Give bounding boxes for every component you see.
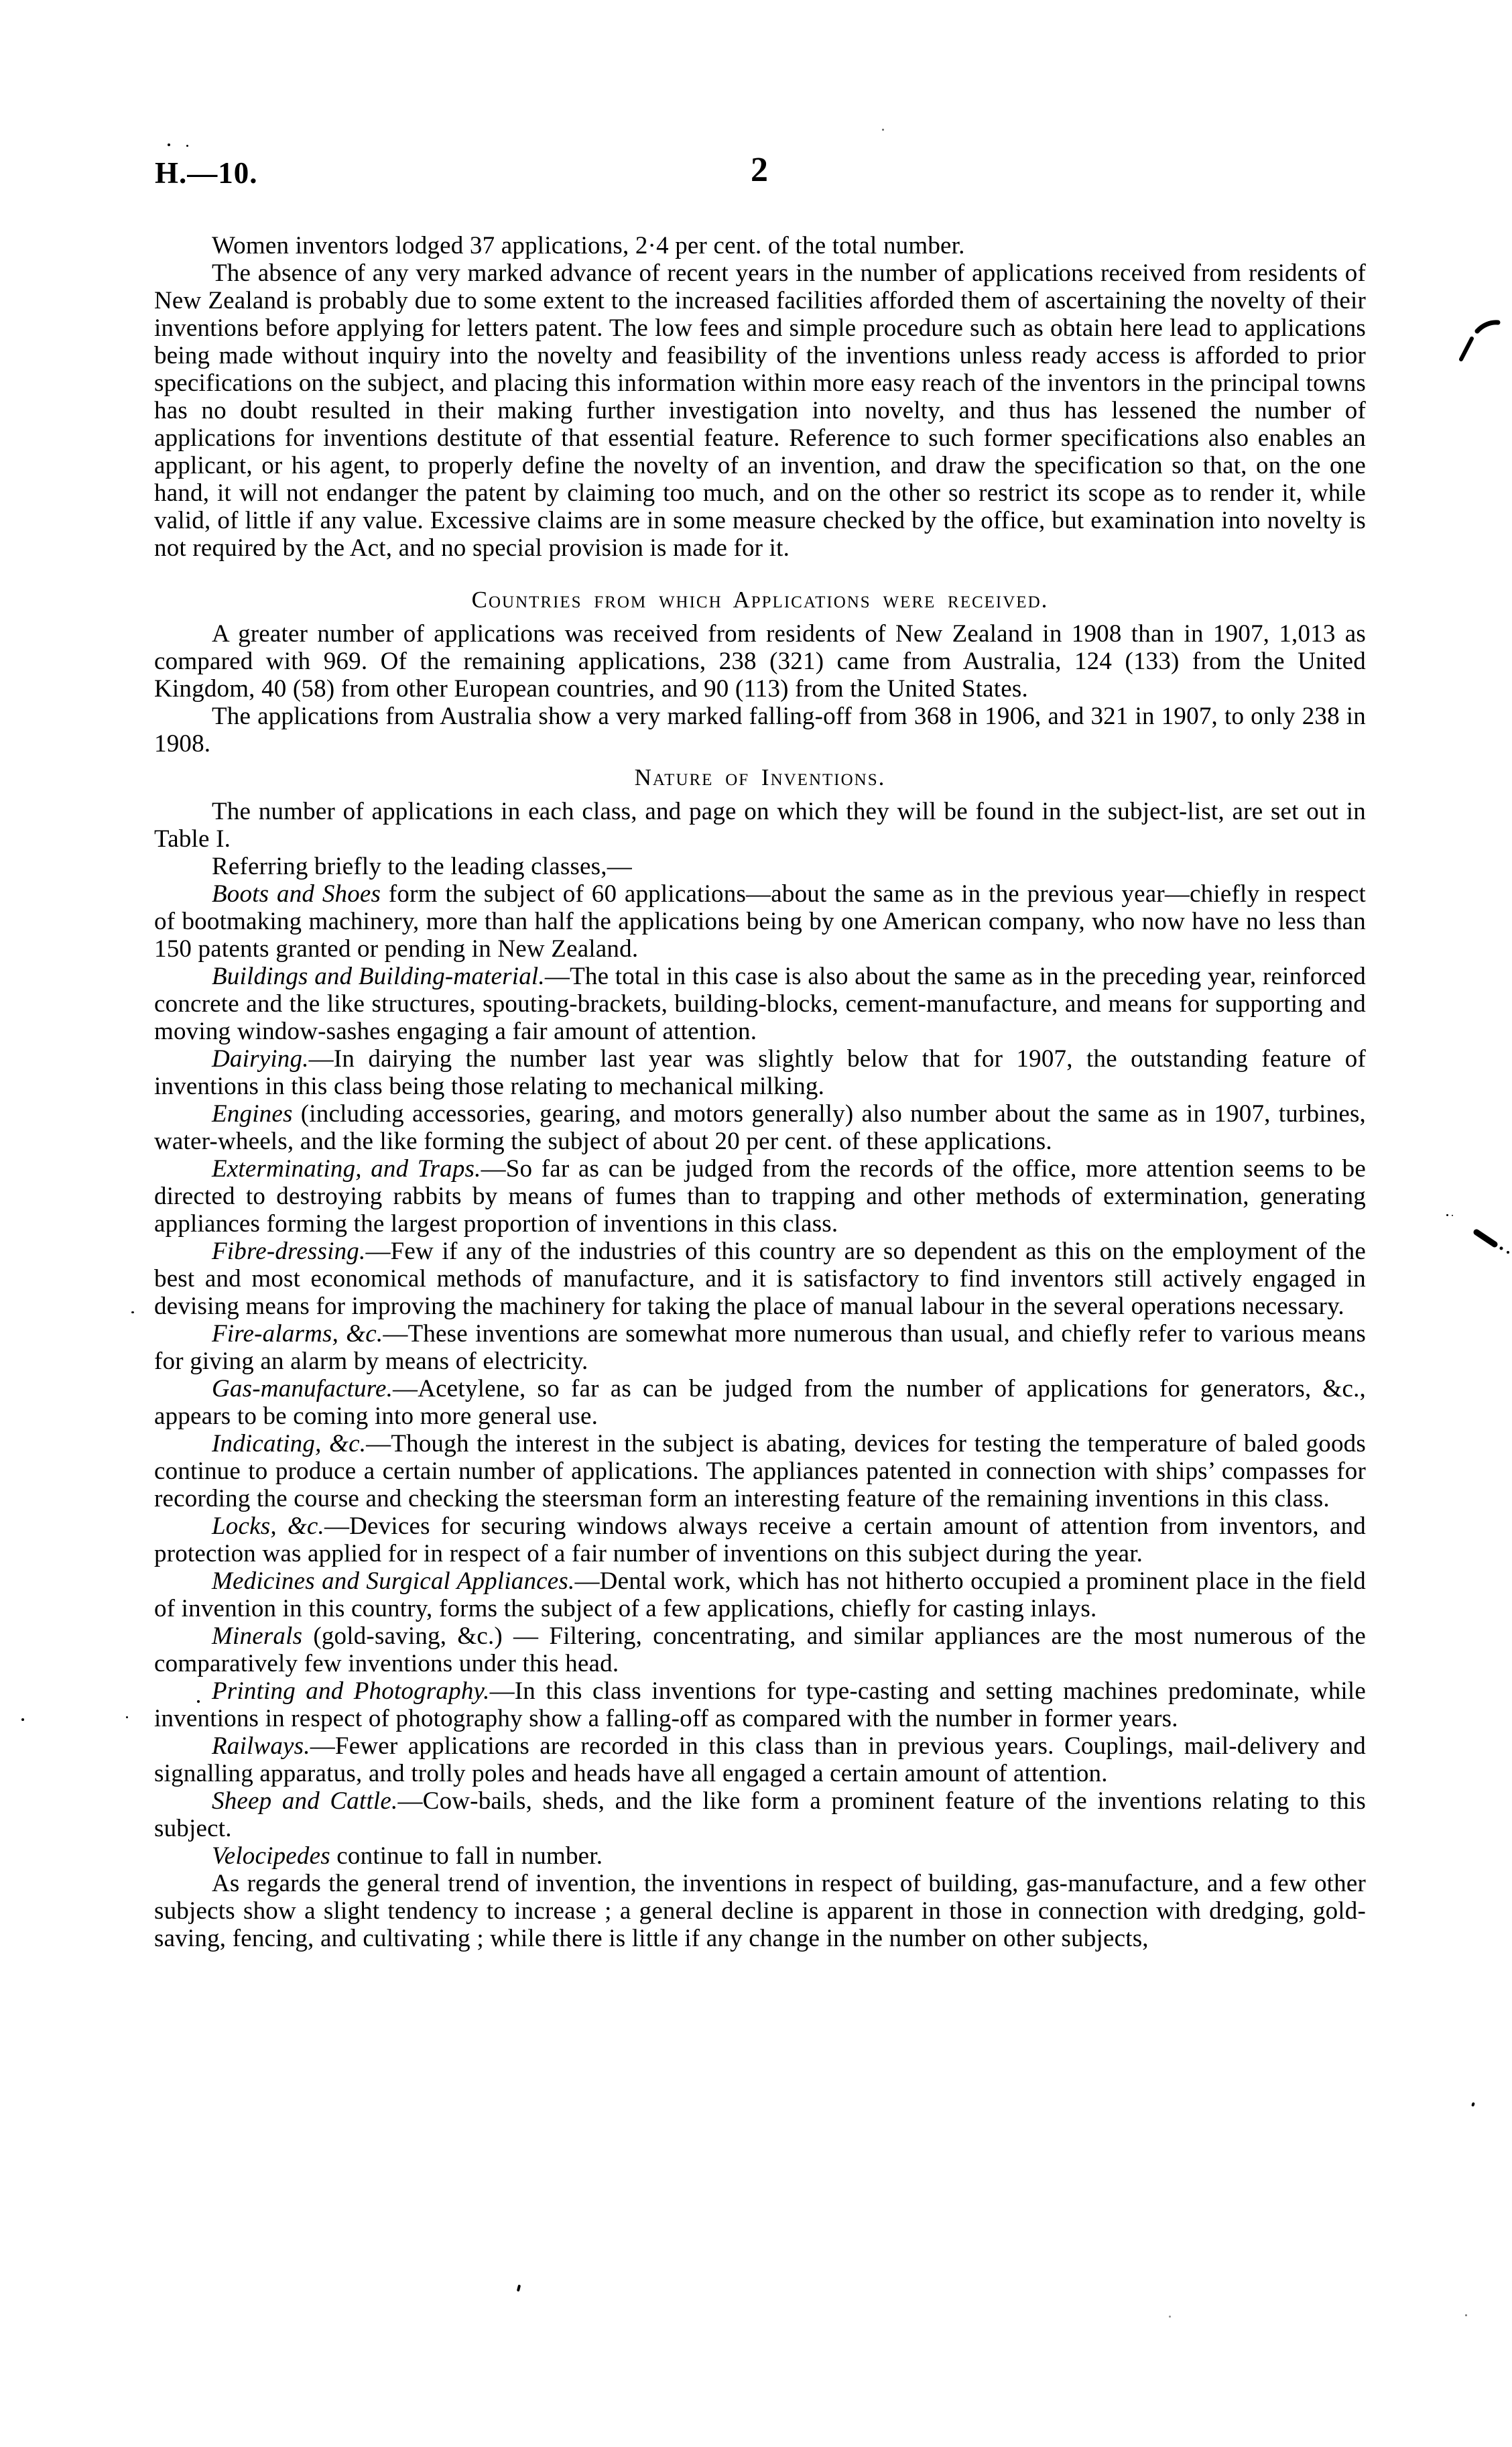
paragraph: Indicating, &c.—Though the interest in t… [154,1430,1366,1512]
paragraph: Dairying.—In dairying the number last ye… [154,1045,1366,1100]
scanned-document-page: H.—10. 2 Women inventors lodged 37 appli… [0,0,1512,2447]
pen-slash-mark [1456,316,1504,365]
paragraph: As regards the general trend of inventio… [154,1870,1366,1952]
class-name-lead: Buildings and Building-material. [212,963,545,990]
paragraph: Railways.—Fewer applications are recorde… [154,1732,1366,1787]
paragraph: Medicines and Surgical Appliances.—Denta… [154,1567,1366,1622]
page-number: 2 [154,150,1365,190]
ink-speck [1452,1215,1453,1216]
class-name-lead: Fibre-dressing. [212,1238,365,1265]
ink-speck [1471,2102,1475,2107]
paragraph: Engines (including accessories, gearing,… [154,1100,1366,1155]
class-name-lead: Minerals [212,1622,302,1650]
paragraph: Locks, &c.—Devices for securing windows … [154,1512,1366,1567]
class-name-lead: Locks, &c. [212,1512,324,1540]
class-name-lead: Gas-manufacture. [212,1375,393,1402]
ink-speck [1465,2314,1467,2316]
paragraph: Women inventors lodged 37 applications, … [154,232,1366,259]
class-name-lead: Railways. [212,1732,310,1760]
pen-backslash-mark [1472,1227,1512,1258]
paragraph: Minerals (gold-saving, &c.) — Filtering,… [154,1622,1366,1677]
ink-speck [126,1716,128,1718]
paragraph: Exterminating, and Traps.—So far as can … [154,1155,1366,1238]
document-body: Women inventors lodged 37 applications, … [154,232,1366,1952]
paragraph: The applications from Australia show a v… [154,703,1366,758]
ink-speck [197,1700,200,1703]
section-heading-countries: Countries from which Applications were r… [154,586,1366,613]
ink-speck [131,1311,134,1313]
paragraph-text: —Devices for securing windows always rec… [154,1512,1366,1567]
paragraph: Fibre-dressing.—Few if any of the indust… [154,1238,1366,1320]
paragraph: Sheep and Cattle.—Cow-bails, sheds, and … [154,1787,1366,1842]
paragraph-text: (including accessories, gearing, and mot… [154,1100,1366,1155]
class-name-lead: Velocipedes [212,1842,330,1870]
paragraph-text: —Fewer applications are recorded in this… [154,1732,1366,1787]
class-name-lead: Indicating, &c. [212,1430,366,1457]
ink-speck [168,143,170,146]
paragraph: The number of applications in each class… [154,798,1366,853]
paragraph: The absence of any very marked advance o… [154,259,1366,562]
class-name-lead: Exterminating, and Traps. [212,1155,481,1183]
paragraph-text: continue to fall in number. [330,1842,603,1870]
ink-speck [517,2285,521,2292]
class-name-lead: Boots and Shoes [212,880,381,908]
paragraph-text: (gold-saving, &c.) — Filtering, concentr… [154,1622,1366,1677]
paragraph: Referring briefly to the leading classes… [154,853,1366,880]
ink-speck [186,145,188,147]
paragraph-text: —In dairying the number last year was sl… [154,1045,1366,1100]
class-name-lead: Sheep and Cattle. [212,1787,397,1815]
ink-speck [1169,2316,1171,2318]
paragraph: Boots and Shoes form the subject of 60 a… [154,880,1366,963]
class-name-lead: Printing and Photography. [212,1677,490,1705]
paragraph: Gas-manufacture.—Acetylene, so far as ca… [154,1375,1366,1430]
paragraph: Buildings and Building-material.—The tot… [154,963,1366,1045]
class-name-lead: Medicines and Surgical Appliances. [212,1567,574,1595]
ink-speck [21,1718,24,1721]
paragraph: A greater number of applications was rec… [154,620,1366,703]
paragraph: Printing and Photography.—In this class … [154,1677,1366,1732]
paragraph: Velocipedes continue to fall in number. [154,1842,1366,1870]
section-heading-nature-of-inventions: Nature of Inventions. [154,764,1366,791]
paragraph: Fire-alarms, &c.—These inventions are so… [154,1320,1366,1375]
class-name-lead: Fire-alarms, &c. [212,1320,383,1348]
class-name-lead: Engines [212,1100,293,1128]
ink-speck [1446,1214,1448,1216]
ink-speck [882,129,884,131]
class-name-lead: Dairying. [212,1045,309,1073]
